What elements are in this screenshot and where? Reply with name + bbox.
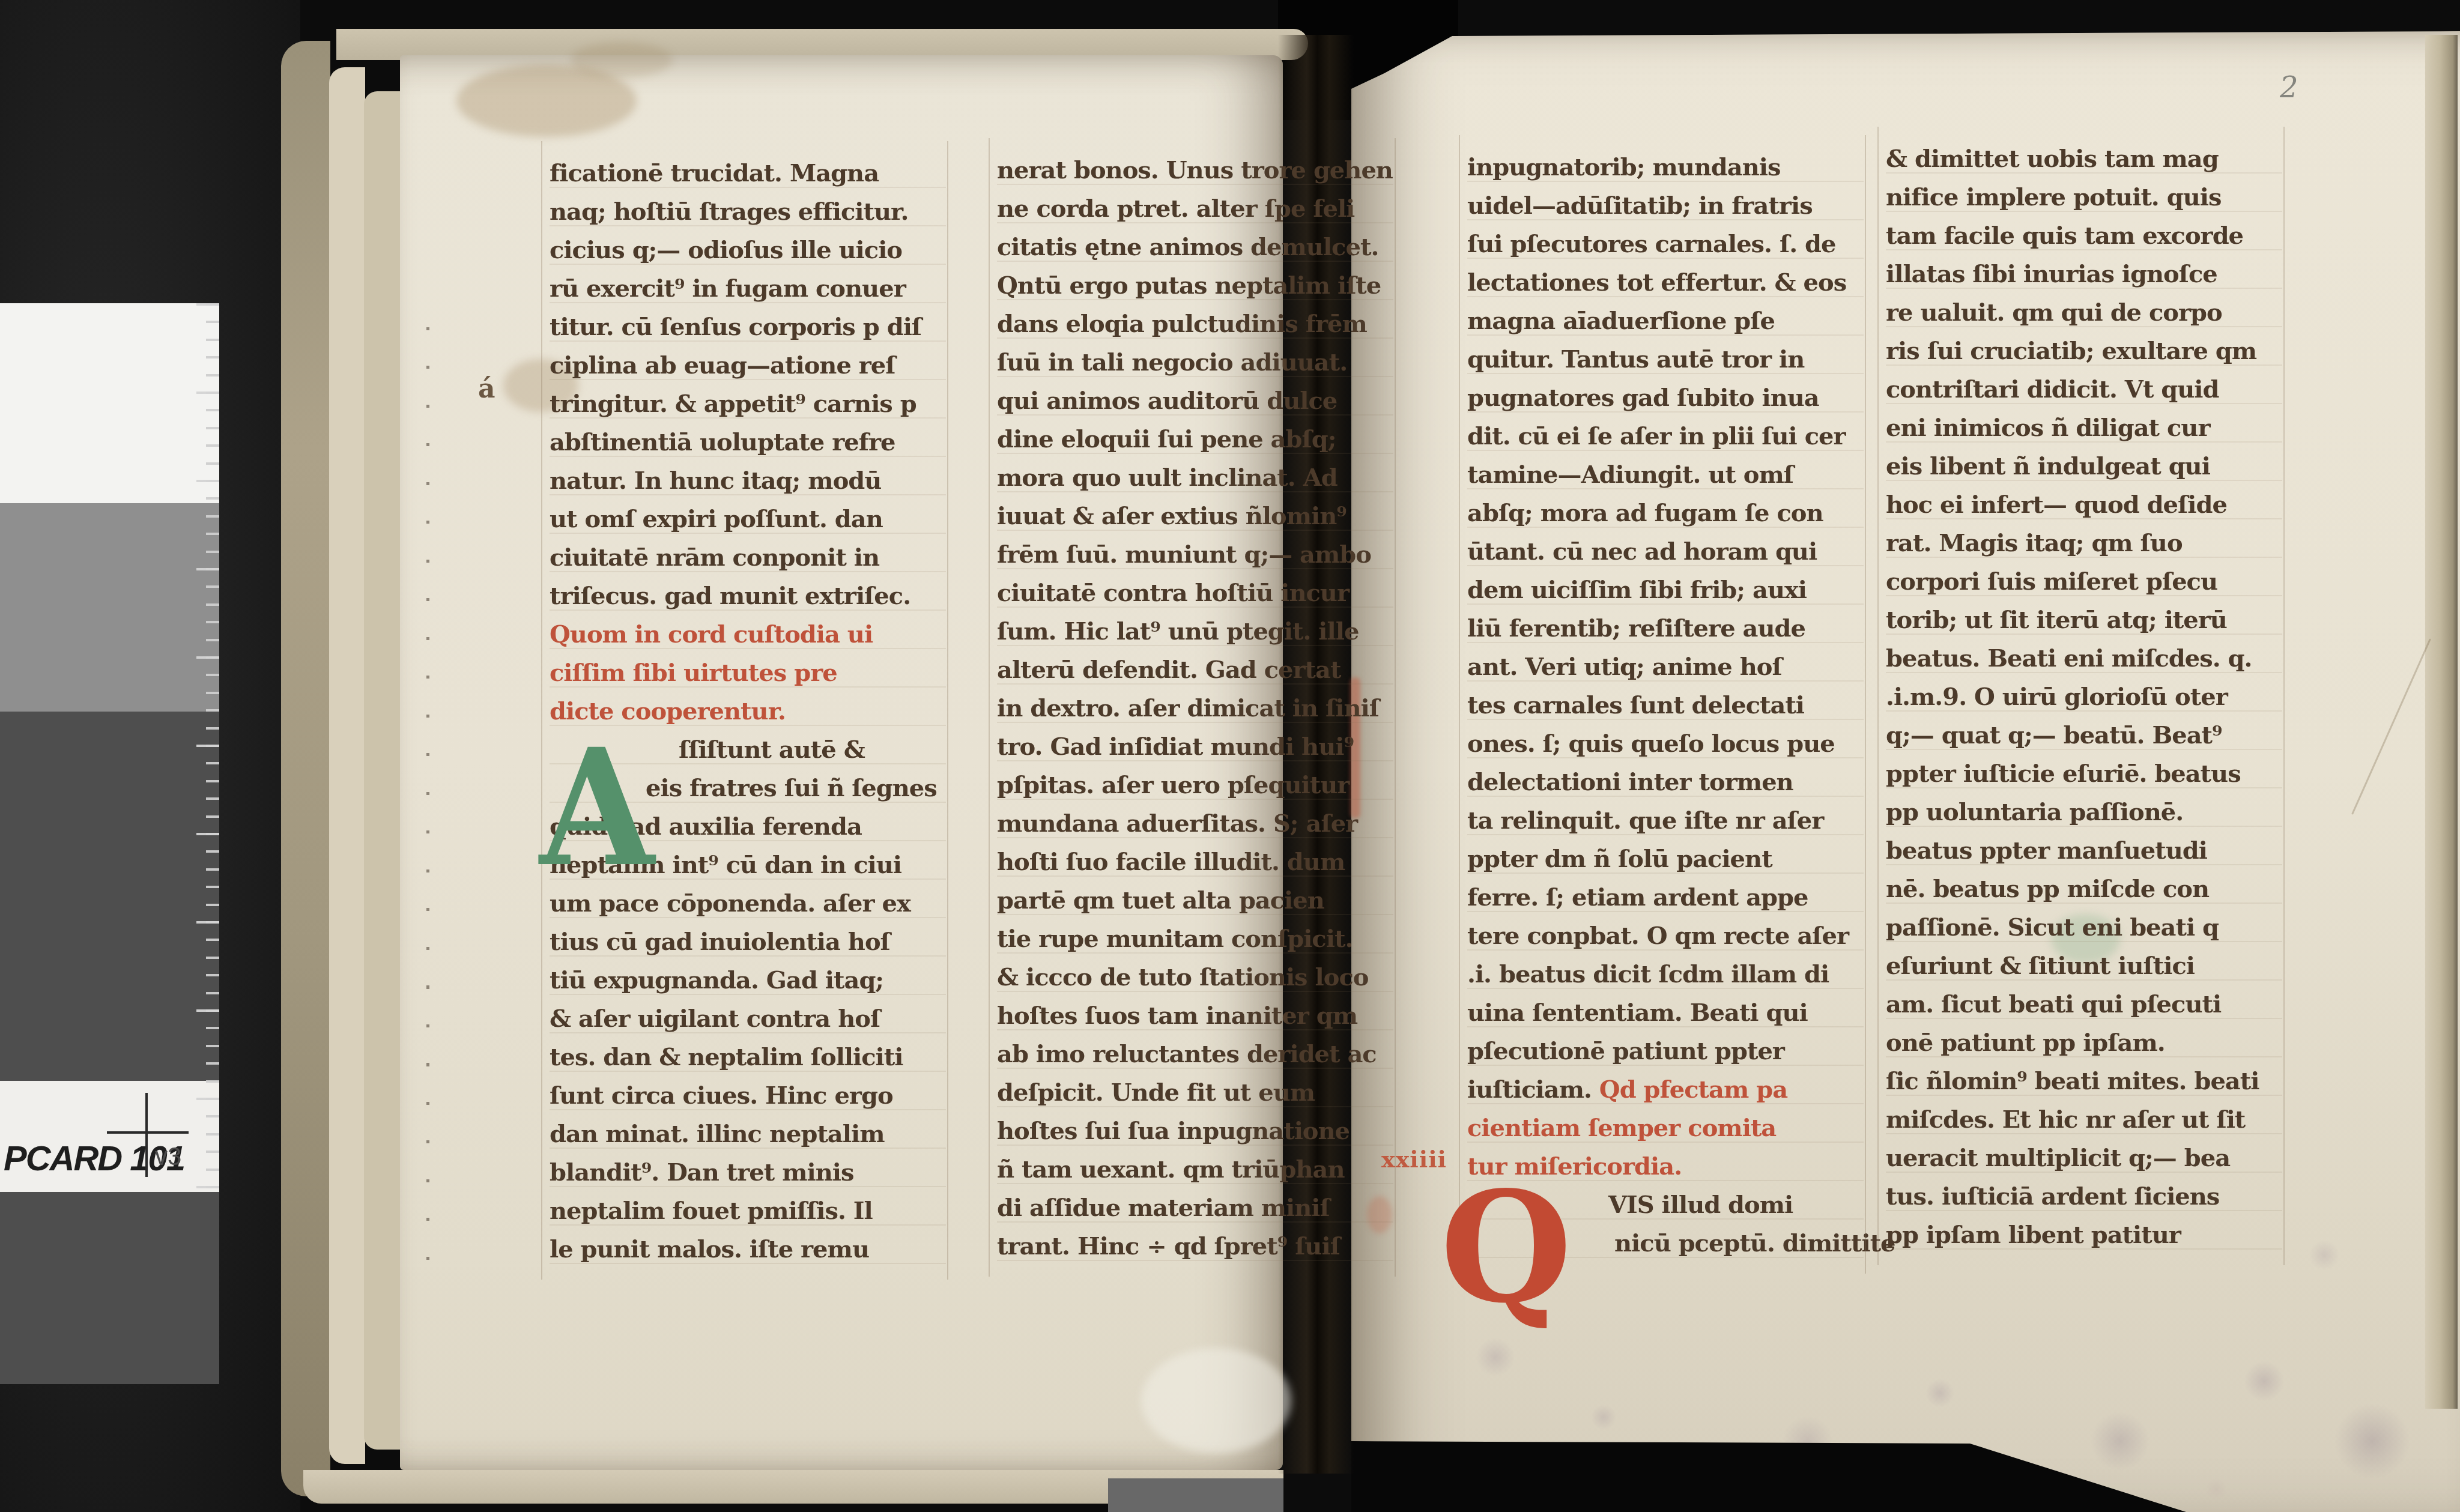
text-line: beatus. Beati eni miſcdes. q. — [1886, 640, 2282, 678]
text-line: tes. dan & neptalim ſolliciti — [550, 1038, 946, 1077]
leaf-edge — [364, 91, 401, 1450]
body-text: rū exercit⁹ in fugam conuer — [550, 274, 906, 303]
body-text: ut omſ expiri poſſunt. dan — [550, 505, 883, 533]
text-line: in dextro. aſer dimicat in ſiniſ — [997, 689, 1393, 728]
body-text: am. ſicut beati qui pſecuti — [1886, 990, 2221, 1018]
body-text: ſſiſtunt autē & — [679, 736, 865, 764]
body-text: di aſſidue materiam miniſ — [997, 1194, 1330, 1222]
repair-patch — [1141, 1348, 1291, 1453]
margin-note: á — [478, 373, 495, 404]
text-line: tiū expugnanda. Gad itaq; — [550, 961, 946, 1000]
body-text: magna aīaduerſione pſe — [1467, 307, 1775, 335]
body-text: quitur. Tantus autē tror in — [1467, 345, 1804, 373]
body-text: qui animos auditorū dulce — [997, 387, 1337, 415]
text-line: corpori ſuis miſeret pſecu — [1886, 563, 2282, 601]
text-line: ciuitatē nrām conponit in — [550, 539, 946, 577]
text-line: rat. Magis itaq; qm ſuo — [1886, 524, 2282, 563]
body-text: ab imo reluctantes deridet ac — [997, 1040, 1377, 1068]
text-line: rū exercit⁹ in fugam conuer — [550, 270, 946, 308]
body-text: le punit malos. iſte remu — [550, 1235, 869, 1263]
text-line: ficationē trucidat. Magna — [550, 154, 946, 193]
body-text: iuſticiam. — [1467, 1075, 1599, 1104]
text-line: delectationi inter tormen — [1467, 763, 1864, 802]
text-line: nerat bonos. Unus trore gehen — [997, 151, 1393, 190]
body-text: pp uoluntaria paſſionē. — [1886, 798, 2183, 826]
text-line: blandit⁹. Dan tret minis — [550, 1154, 946, 1192]
body-text: tus. iuſticiā ardent ſiciens — [1886, 1182, 2219, 1211]
text-line: .i. beatus dicit ſcdm illam di — [1467, 955, 1864, 994]
text-line: inpugnatorib; mundanis — [1467, 148, 1864, 187]
body-text: trant. Hinc ÷ qd ſpret⁹ ſuiſ — [997, 1232, 1340, 1260]
card-version: v3 — [155, 1142, 181, 1171]
text-line: eni inimicos ñ diligat cur — [1886, 409, 2282, 447]
text-line: ūtant. cū nec ad horam qui — [1467, 533, 1864, 571]
text-line: tere conpbat. O qm recte aſer — [1467, 917, 1864, 955]
body-text: tro. Gad inſidiat mundi hui⁹ — [997, 733, 1354, 761]
text-line: ferre. ſ; etiam ardent appe — [1467, 878, 1864, 917]
body-text: tere conpbat. O qm recte aſer — [1467, 922, 1849, 950]
body-text: Qntū ergo putas neptalim iſte — [997, 271, 1381, 300]
text-line: dine eloquii ſui pene abſq; — [997, 420, 1393, 459]
rubric-text: cientiam ſemper comita — [1467, 1114, 1776, 1142]
body-text: ciplina ab euag—atione reſ — [550, 351, 895, 380]
text-line: nifice implere potuit. quis — [1886, 178, 2282, 217]
body-text: blandit⁹. Dan tret minis — [550, 1158, 854, 1187]
text-line: miſcdes. Et hic nr aſer ut ſit — [1886, 1101, 2282, 1139]
body-text: triſecus. gad munit extriſec. — [550, 582, 910, 610]
body-text: ficationē trucidat. Magna — [550, 159, 879, 187]
text-line: ne corda ptret. alter ſpe feli — [997, 190, 1393, 228]
body-text: ūtant. cū nec ad horam qui — [1467, 537, 1817, 566]
body-text: uina ſententiam. Beati qui — [1467, 999, 1808, 1027]
text-line: pſpitas. aſer uero pſequitur — [997, 766, 1393, 805]
body-text: ſunt circa ciues. Hinc ergo — [550, 1081, 893, 1110]
rubric-text: Qd pfectam pa — [1599, 1075, 1787, 1104]
body-text: dans eloqia pulctudinis frēm — [997, 310, 1367, 338]
body-text: torib; ut ſit iterū atq; iterū — [1886, 606, 2227, 634]
text-line: iuſticiam. Qd pfectam pa — [1467, 1071, 1864, 1109]
text-line: ñ tam uexant. qm triūphan — [997, 1151, 1393, 1189]
body-text: ciuitatē contra hoſtiū incur — [997, 579, 1349, 607]
text-line: ſic ñlomin⁹ beati mites. beati — [1886, 1062, 2282, 1101]
body-text: ciuitatē nrām conponit in — [550, 543, 879, 572]
body-text: alterū defendit. Gad certat — [997, 656, 1341, 684]
body-text: eni inimicos ñ diligat cur — [1886, 414, 2210, 442]
body-text: dine eloquii ſui pene abſq; — [997, 425, 1336, 453]
text-line: ueracit multiplicit q;— bea — [1886, 1139, 2282, 1178]
text-line: & dimittet uobis tam mag — [1886, 140, 2282, 178]
text-line: eſuriunt & ſitiunt iuſtici — [1886, 947, 2282, 985]
text-line: hoſtes ſuos tam inaniter qm — [997, 997, 1393, 1035]
text-line: & iccco de tuto ſtationis loco — [997, 958, 1393, 997]
body-text: tius cū gad inuiolentia hoſ — [550, 928, 890, 956]
body-text: miſcdes. Et hic nr aſer ut ſit — [1886, 1105, 2245, 1134]
body-text: dit. cū ei ſe aſer in plii ſui cer — [1467, 422, 1846, 450]
body-text: re ualuit. qm qui de corpo — [1886, 298, 2222, 327]
stain — [571, 42, 673, 78]
card-midgray-patch — [0, 503, 219, 712]
text-line: re ualuit. qm qui de corpo — [1886, 294, 2282, 332]
text-line: pſecutionē patiunt ppter — [1467, 1032, 1864, 1071]
text-line: & aſer uigilant contra hoſ — [550, 1000, 946, 1038]
body-text: hoſtes ſui ſua inpugnatione — [997, 1117, 1350, 1145]
body-text: ſic ñlomin⁹ beati mites. beati — [1886, 1067, 2259, 1095]
chapter-number: xxiiii — [1381, 1146, 1447, 1173]
body-text: hoc ei infert— quod deſide — [1886, 491, 2227, 519]
text-line: liū ferentib; reſiſtere aude — [1467, 609, 1864, 648]
text-line: ciplina ab euag—atione reſ — [550, 346, 946, 385]
text-line: tes carnales ſunt delectati — [1467, 686, 1864, 725]
fore-edge — [2425, 35, 2458, 1409]
text-line: tus. iuſticiā ardent ſiciens — [1886, 1178, 2282, 1216]
body-text: lectationes tot effertur. & eos — [1467, 268, 1846, 297]
crosshair-icon — [145, 1093, 148, 1177]
body-text: rat. Magis itaq; qm ſuo — [1886, 529, 2183, 557]
text-line: beatus ppter manſuetudi — [1886, 832, 2282, 870]
text-line: di aſſidue materiam miniſ — [997, 1189, 1393, 1227]
body-text: tam facile quis tam excorde — [1886, 222, 2243, 250]
text-line: alterū defendit. Gad certat — [997, 651, 1393, 689]
body-text: onē patiunt pp ipſam. — [1886, 1029, 2165, 1057]
text-line: Quom in cord cuſtodia ui — [550, 615, 946, 654]
body-text: iuuat & aſer extius ñlomin⁹ — [997, 502, 1347, 530]
leaf-edge — [329, 67, 365, 1464]
body-text: dem uiciſſim ſibi frib; auxi — [1467, 576, 1807, 604]
body-text: titur. cū ſenſus corporis p diſ — [550, 313, 921, 341]
text-line: magna aīaduerſione pſe — [1467, 302, 1864, 340]
text-line: .i.m.9. O uirū glorioſū oter — [1886, 678, 2282, 716]
body-text: beatus. Beati eni miſcdes. q. — [1886, 644, 2252, 673]
body-text: tamine—Adiungit. ut omſ — [1467, 461, 1793, 489]
text-line: partē qm tuet alta pacien — [997, 881, 1393, 920]
body-text: ppter iuſticie eſuriē. beatus — [1886, 760, 2241, 788]
text-line: hoſtes ſui ſua inpugnatione — [997, 1112, 1393, 1151]
text-line: ppter iuſticie eſuriē. beatus — [1886, 755, 2282, 793]
text-line: ris ſui cruciatib; exultare qm — [1886, 332, 2282, 370]
text-line: abſtinentiā uoluptate refre — [550, 423, 946, 462]
text-line: deſpicit. Unde fit ut eum — [997, 1074, 1393, 1112]
body-text: delectationi inter tormen — [1467, 768, 1793, 796]
text-line: nē. beatus pp miſcde con — [1886, 870, 2282, 909]
body-text: q;— quat q;— beatū. Beat⁹ — [1886, 721, 2222, 749]
text-line: quitur. Tantus autē tror in — [1467, 340, 1864, 379]
body-text: nerat bonos. Unus trore gehen — [997, 156, 1393, 184]
pricking-holes — [426, 327, 429, 1270]
text-column-1: ficationē trucidat. Magnanaq; hoſtiū ſtr… — [550, 154, 946, 1269]
body-text: neptalim fouet pmiſſis. Il — [550, 1197, 873, 1225]
body-text: deſpicit. Unde fit ut eum — [997, 1078, 1315, 1107]
text-column-2: nerat bonos. Unus trore gehenne corda pt… — [997, 151, 1393, 1266]
text-line: abſq; mora ad fugam ſe con — [1467, 494, 1864, 533]
text-line: hoſti ſuo facile illudit. dum — [997, 843, 1393, 881]
body-text: & iccco de tuto ſtationis loco — [997, 963, 1368, 991]
body-text: dan minat. illinc neptalim — [550, 1120, 885, 1148]
body-text: eis fratres ſui ñ ſegnes — [646, 774, 937, 802]
text-line: illatas ſibi inurias ignoſce — [1886, 255, 2282, 294]
text-line: cicius q;— odioſus ille uicio — [550, 231, 946, 270]
text-line: pugnatores gad ſubito inua — [1467, 379, 1864, 417]
text-line: tro. Gad inſidiat mundi hui⁹ — [997, 728, 1393, 766]
card-white-patch — [0, 303, 219, 503]
body-text: abſq; mora ad fugam ſe con — [1467, 499, 1823, 527]
text-line: naq; hoſtiū ſtrages efficitur. — [550, 193, 946, 231]
text-line: ſunt circa ciues. Hinc ergo — [550, 1077, 946, 1115]
text-line: ab imo reluctantes deridet ac — [997, 1035, 1393, 1074]
text-line: contriſtari didicit. Vt quid — [1886, 370, 2282, 409]
text-line: ſui pſecutores carnales. ſ. de — [1467, 225, 1864, 264]
body-text: abſtinentiā uoluptate refre — [550, 428, 895, 456]
text-line: eis libent ñ indulgeat qui — [1886, 447, 2282, 486]
text-line: hoc ei infert— quod deſide — [1886, 486, 2282, 524]
text-line: torib; ut ſit iterū atq; iterū — [1886, 601, 2282, 640]
text-line: tius cū gad inuiolentia hoſ — [550, 923, 946, 961]
body-text: citatis ętne animos demulcet. — [997, 233, 1378, 261]
body-text: ſuū in tali negocio adiuuat. — [997, 348, 1347, 376]
body-text: hoſti ſuo facile illudit. dum — [997, 848, 1345, 876]
body-text: cicius q;— odioſus ille uicio — [550, 236, 902, 264]
rubric-text: ciſſim ſibi uirtutes pre — [550, 659, 837, 687]
text-line: triſecus. gad munit extriſec. — [550, 577, 946, 615]
rubric-text: Quom in cord cuſtodia ui — [550, 620, 873, 649]
body-text: & aſer uigilant contra hoſ — [550, 1005, 880, 1033]
body-text: .i. beatus dicit ſcdm illam di — [1467, 960, 1829, 988]
text-line: dans eloqia pulctudinis frēm — [997, 305, 1393, 343]
body-text: ueracit multiplicit q;— bea — [1886, 1144, 2230, 1172]
text-line: ciuitatē contra hoſtiū incur — [997, 574, 1393, 612]
text-line: citatis ętne animos demulcet. — [997, 228, 1393, 267]
body-text: ris ſui cruciatib; exultare qm — [1886, 337, 2256, 365]
body-text: tringitur. & appetit⁹ carnis p — [550, 390, 916, 418]
text-line: lectationes tot effertur. & eos — [1467, 264, 1864, 302]
text-line: qui animos auditorū dulce — [997, 382, 1393, 420]
text-line: ta relinquit. que iſte nr aſer — [1467, 802, 1864, 840]
text-line: trant. Hinc ÷ qd ſpret⁹ ſuiſ — [997, 1227, 1393, 1266]
text-line: dem uiciſſim ſibi frib; auxi — [1467, 571, 1864, 609]
body-text: tiū expugnanda. Gad itaq; — [550, 966, 883, 994]
body-text: mundana aduerſitas. S; aſer — [997, 809, 1357, 838]
ruler-ticks — [196, 303, 219, 1192]
text-line: q;— quat q;— beatū. Beat⁹ — [1886, 716, 2282, 755]
body-text: ſum. Hic lat⁹ unū ptegit. ille — [997, 617, 1359, 646]
text-line: paſſionē. Sicut eni beati q — [1886, 909, 2282, 947]
body-text: liū ferentib; reſiſtere aude — [1467, 614, 1805, 643]
manuscript-photo: PCARD 101 v3 ficationē trucidat. Magnana… — [0, 0, 2460, 1512]
body-text: inpugnatorib; mundanis — [1467, 153, 1781, 181]
text-line: tringitur. & appetit⁹ carnis p — [550, 385, 946, 423]
body-text: .i.m.9. O uirū glorioſū oter — [1886, 683, 2228, 711]
text-line: dit. cū ei ſe aſer in plii ſui cer — [1467, 417, 1864, 456]
body-text: beatus ppter manſuetudi — [1886, 836, 2207, 865]
text-line: iuuat & aſer extius ñlomin⁹ — [997, 497, 1393, 536]
folio-number: 2 — [2280, 71, 2298, 104]
body-text: corpori ſuis miſeret pſecu — [1886, 567, 2217, 596]
text-line: am. ſicut beati qui pſecuti — [1886, 985, 2282, 1024]
body-text: paſſionē. Sicut eni beati q — [1886, 913, 2219, 942]
body-text: ant. Veri utiq; anime hoſ — [1467, 653, 1782, 681]
text-line: le punit malos. iſte remu — [550, 1230, 946, 1269]
body-text: ones. ſ; quis queſo locus pue — [1467, 730, 1835, 758]
text-line: ones. ſ; quis queſo locus pue — [1467, 725, 1864, 763]
body-text: ñ tam uexant. qm triūphan — [997, 1155, 1344, 1184]
body-text: pſecutionē patiunt ppter — [1467, 1037, 1784, 1065]
body-text: partē qm tuet alta pacien — [997, 886, 1324, 915]
text-line: tamine—Adiungit. ut omſ — [1467, 456, 1864, 494]
text-column-3: inpugnatorib; mundanisuidel—adūſitatib; … — [1467, 148, 1864, 1263]
body-text: pugnatores gad ſubito inua — [1467, 384, 1819, 412]
text-line: frēm ſuū. muniunt q;— ambo — [997, 536, 1393, 574]
text-line: ppter dm ñ ſolū pacient — [1467, 840, 1864, 878]
body-text: naq; hoſtiū ſtrages efficitur. — [550, 198, 908, 226]
text-line: pp ipſam libent patitur — [1886, 1216, 2282, 1254]
body-text: ferre. ſ; etiam ardent appe — [1467, 883, 1808, 912]
body-text: nifice implere potuit. quis — [1886, 183, 2222, 211]
text-line: titur. cū ſenſus corporis p diſ — [550, 308, 946, 346]
text-line: cientiam ſemper comita — [1467, 1109, 1864, 1148]
body-text: uidel—adūſitatib; in fratris — [1467, 192, 1813, 220]
body-text: tes carnales ſunt delectati — [1467, 691, 1804, 719]
book-cover-edge — [281, 41, 330, 1496]
text-line: pp uoluntaria paſſionē. — [1886, 793, 2282, 832]
body-text: eis libent ñ indulgeat qui — [1886, 452, 2210, 480]
text-line: ſum. Hic lat⁹ unū ptegit. ille — [997, 612, 1393, 651]
text-line: uidel—adūſitatib; in fratris — [1467, 187, 1864, 225]
body-text: ta relinquit. que iſte nr aſer — [1467, 806, 1823, 835]
body-text: ne corda ptret. alter ſpe feli — [997, 195, 1354, 223]
body-text: & dimittet uobis tam mag — [1886, 145, 2219, 173]
drop-cap-q: Q — [1440, 1172, 1572, 1323]
text-line: neptalim fouet pmiſſis. Il — [550, 1192, 946, 1230]
text-column-4: & dimittet uobis tam magnifice implere p… — [1886, 140, 2282, 1254]
text-line: mora quo uult inclinat. Ad — [997, 459, 1393, 497]
text-line: onē patiunt pp ipſam. — [1886, 1024, 2282, 1062]
text-line: ut omſ expiri poſſunt. dan — [550, 500, 946, 539]
body-text: hoſtes ſuos tam inaniter qm — [997, 1002, 1357, 1030]
text-line: tam facile quis tam excorde — [1886, 217, 2282, 255]
text-line: uina ſententiam. Beati qui — [1467, 994, 1864, 1032]
body-text: frēm ſuū. muniunt q;— ambo — [997, 540, 1371, 569]
text-line: Qntū ergo putas neptalim iſte — [997, 267, 1393, 305]
card-darkgray-patch — [0, 712, 219, 1384]
ruler-long-ticks — [196, 303, 219, 1192]
body-text: mora quo uult inclinat. Ad — [997, 464, 1338, 492]
calibration-card: PCARD 101 v3 — [0, 303, 219, 1192]
text-line: dan minat. illinc neptalim — [550, 1115, 946, 1154]
drop-cap-a: A — [539, 728, 654, 889]
body-text: tie rupe munitam conſpicit. — [997, 925, 1353, 953]
crosshair-icon — [107, 1131, 189, 1134]
text-line: ciſſim ſibi uirtutes pre — [550, 654, 946, 692]
body-text: tes. dan & neptalim ſolliciti — [550, 1043, 903, 1071]
text-line: natur. In hunc itaq; modū — [550, 462, 946, 500]
text-line: tie rupe munitam conſpicit. — [997, 920, 1393, 958]
card-label-strip: PCARD 101 v3 — [0, 1081, 219, 1192]
body-text: in dextro. aſer dimicat in ſiniſ — [997, 694, 1379, 722]
body-text: nē. beatus pp miſcde con — [1886, 875, 2209, 903]
body-text: pſpitas. aſer uero pſequitur — [997, 771, 1349, 799]
body-text: nicū pceptū. dimittite — [1614, 1229, 1895, 1257]
body-text: VIS illud domi — [1608, 1191, 1793, 1219]
body-text: natur. In hunc itaq; modū — [550, 467, 881, 495]
body-text: illatas ſibi inurias ignoſce — [1886, 260, 2217, 288]
text-line: ant. Veri utiq; anime hoſ — [1467, 648, 1864, 686]
body-text: ppter dm ñ ſolū pacient — [1467, 845, 1772, 873]
body-text: pp ipſam libent patitur — [1886, 1221, 2181, 1249]
body-text: contriſtari didicit. Vt quid — [1886, 375, 2219, 404]
support-strip — [1108, 1478, 1283, 1512]
text-line: mundana aduerſitas. S; aſer — [997, 805, 1393, 843]
body-text: eſuriunt & ſitiunt iuſtici — [1886, 952, 2195, 980]
text-line: ſuū in tali negocio adiuuat. — [997, 343, 1393, 382]
body-text: ſui pſecutores carnales. ſ. de — [1467, 230, 1835, 258]
